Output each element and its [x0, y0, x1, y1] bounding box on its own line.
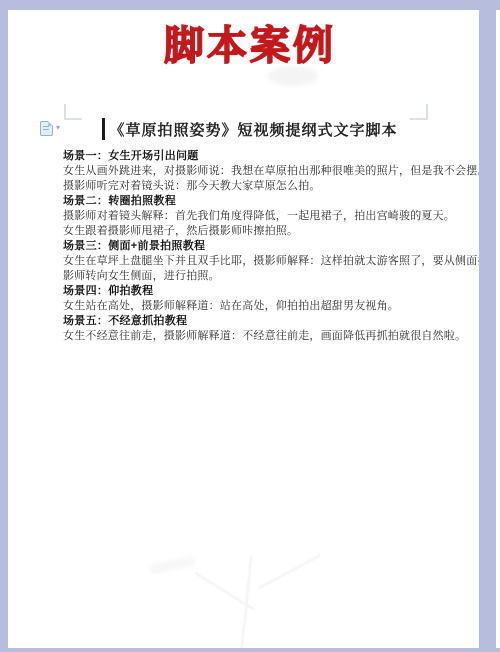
scene-1-line[interactable]: 摄影师听完对着镜头说：那今天教大家草原怎么拍。: [63, 179, 443, 194]
document-title[interactable]: 《草原拍照姿势》短视频提纲式文字脚本: [109, 119, 397, 140]
scene-3-line[interactable]: 女生在草坪上盘腿坐下并且双手比耶，摄影师解释：这样拍就太游客照了，要从侧面拍。摄: [63, 254, 443, 269]
scene-5-heading[interactable]: 场景五：不经意抓拍教程: [63, 314, 443, 329]
document-title-row[interactable]: 《草原拍照姿势》短视频提纲式文字脚本: [0, 117, 500, 141]
scene-2-heading[interactable]: 场景二：转圈拍照教程: [63, 194, 443, 209]
screenshot-root: { "page": { "title": "脚本案例", "title_colo…: [0, 0, 500, 652]
scene-2-line[interactable]: 摄影师对着镜头解释：首先我们角度得降低，一起甩裙子，拍出宫崎骏的夏天。: [63, 209, 443, 224]
scene-1-line[interactable]: 女生从画外跳进来，对摄影师说：我想在草原拍出那种很唯美的照片，但是我不会摆。: [63, 164, 443, 179]
watermark: [150, 545, 370, 645]
scene-5-line[interactable]: 女生不经意往前走，摄影师解释道：不经意往前走，画面降低再抓拍就很自然啦。: [63, 329, 443, 344]
frame-border-right: [479, 0, 496, 652]
scene-1-heading[interactable]: 场景一：女生开场引出问题: [63, 149, 443, 164]
scene-4-line[interactable]: 女生站在高处，摄影师解释道：站在高处，仰拍拍出超甜男友视角。: [63, 299, 443, 314]
scene-3-line[interactable]: 影师转向女生侧面，进行拍照。: [63, 269, 443, 284]
frame-border-bottom: [0, 648, 500, 652]
page-title: 脚本案例: [0, 14, 500, 71]
watermark-branch: [258, 554, 321, 590]
text-cursor: [102, 118, 105, 140]
scene-3-heading[interactable]: 场景三：侧面+前景拍照教程: [63, 239, 443, 254]
frame-border-left: [0, 0, 8, 652]
watermark-branch: [149, 555, 195, 574]
scene-4-heading[interactable]: 场景四：仰拍教程: [63, 284, 443, 299]
scene-2-line[interactable]: 女生跟着摄影师甩裙子，然后摄影师咔擦拍照。: [63, 224, 443, 239]
frame-border-top: [0, 0, 500, 10]
script-body: 场景一：女生开场引出问题 女生从画外跳进来，对摄影师说：我想在草原拍出那种很唯美…: [63, 149, 443, 344]
